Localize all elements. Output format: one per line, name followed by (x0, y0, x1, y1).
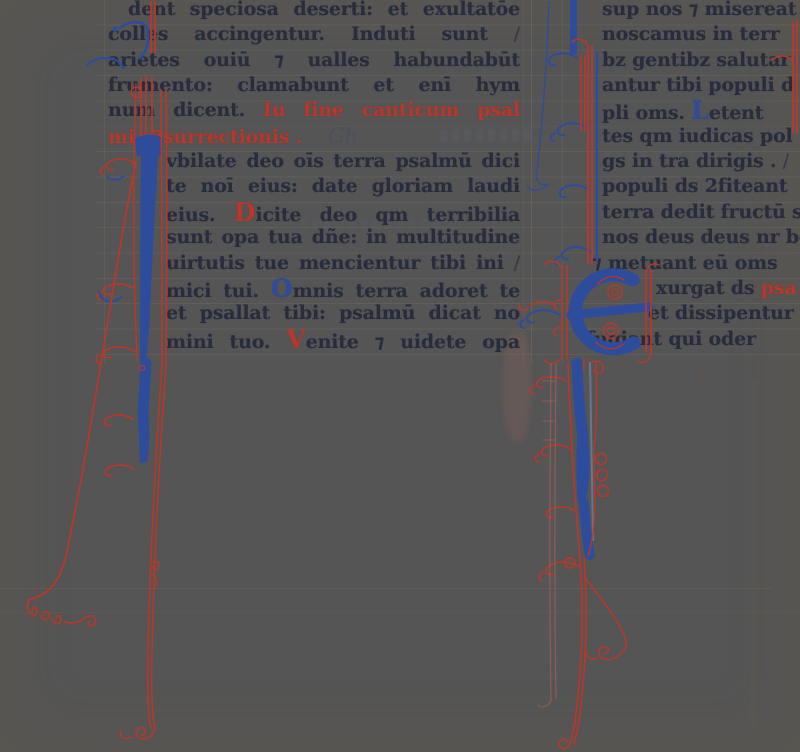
text-segment: uirtutis tue mencientur tibi ini (166, 252, 514, 274)
text-segment: pli oms. (602, 102, 691, 124)
text-segment: etent (709, 102, 764, 124)
manuscript-text-line: te noī eius: date gloriam laudi (108, 174, 520, 199)
text-segment: / (514, 23, 520, 45)
manuscript-text-line: colles accingentur. Induti sunt / (108, 22, 520, 47)
text-segment: / (783, 150, 789, 172)
manuscript-text-line: mi resurrectionis .Gh (108, 124, 520, 149)
ruling-gutter-1 (531, 0, 532, 364)
stray-ruling-line (0, 588, 772, 589)
manuscript-text-line: nos deus deus nr be (586, 225, 800, 250)
text-segment: dent speciosa deserti: et exultatōe (128, 0, 520, 20)
manuscript-leaf: dent speciosa deserti: et exultatōecolle… (0, 0, 800, 752)
text-segment: mici tui. (166, 280, 271, 302)
text-segment: et psallat tibi: psalmū dicat no (166, 302, 520, 324)
manuscript-text-line: tes qm iudicas pol (586, 124, 800, 149)
text-segment: colles accingentur. Induti sunt (108, 23, 514, 45)
parchment-speck (693, 669, 696, 672)
text-segment: arietes ouiū ⁊ ualles habundabūt (108, 49, 520, 71)
ruling-left-col-right-bound (523, 0, 524, 364)
manuscript-text-line: noscamus in terr (586, 22, 800, 47)
initial-V: V (286, 325, 305, 354)
text-column-right: sup nos ⁊ misereatnoscamus in terrbz gen… (586, 0, 800, 366)
text-segment: mnis terra adoret te (293, 280, 520, 302)
manuscript-text-line: sup nos ⁊ misereat (586, 0, 800, 22)
text-segment: gs in tra dirigis . (602, 150, 783, 172)
text-segment: antur tibi populi d (602, 74, 794, 96)
text-segment: icite deo qm terribilia (255, 204, 520, 226)
text-segment: xurgat ds (656, 277, 761, 299)
manuscript-text-line: populi ds 2fiteant (586, 174, 800, 199)
text-segment: bz gentibz salutar (602, 49, 790, 71)
initial-O: O (271, 274, 293, 303)
manuscript-text-line: frumento: clamabunt et enī hym (108, 73, 520, 98)
text-segment: Iu fine canticum psal (263, 99, 520, 121)
text-segment: terra dedit fructū s (602, 201, 800, 223)
manuscript-text-line: mici tui. Omnis terra adoret te (108, 276, 520, 301)
manuscript-text-line: pli oms. Letent (586, 98, 800, 123)
text-segment: populi ds 2fiteant (602, 175, 787, 197)
ruling-gutter-2 (562, 0, 563, 364)
text-segment: et dissipentur (648, 302, 794, 324)
manuscript-text-line: mini tuo. Venite ⁊ uidete opa (108, 327, 520, 352)
manuscript-text-line: terra dedit fructū s (586, 200, 800, 225)
text-segment: ⁊ metuant eū oms (592, 252, 777, 274)
initial-L: L (691, 96, 709, 125)
manuscript-text-line: xurgat ds psa (586, 276, 800, 301)
initial-D: D (234, 198, 256, 227)
manuscript-text-line: num dicent. Iu fine canticum psal (108, 98, 520, 123)
cue-mark: Gh (328, 124, 358, 148)
text-segment: eius. (166, 204, 234, 226)
text-segment: psa (761, 277, 797, 299)
text-segment: enite ⁊ uidete opa (306, 331, 520, 353)
text-segment: mi resurrectionis . (108, 126, 302, 148)
manuscript-text-line: fugiant qui oder (586, 327, 800, 352)
stray-ruling-line-2 (0, 612, 800, 613)
text-segment: noscamus in terr (602, 23, 780, 45)
manuscript-text-line: arietes ouiū ⁊ ualles habundabūt (108, 48, 520, 73)
ruling-left-bound (104, 0, 105, 364)
parchment-speck (699, 376, 703, 381)
parchment-crease (749, 380, 758, 730)
manuscript-text-line: bz gentibz salutar (586, 48, 800, 73)
manuscript-text-line: vbilate deo oīs terra psalmū dici (108, 149, 520, 174)
text-segment: te noī eius: date gloriam laudi (166, 175, 520, 197)
manuscript-text-line: ⁊ metuant eū oms (586, 251, 800, 276)
text-segment: num dicent. (108, 99, 263, 121)
text-segment: sup nos ⁊ misereat (602, 0, 796, 20)
text-segment: sunt opa tua dñe: in multitudine (166, 226, 520, 248)
manuscript-text-line: antur tibi populi d (586, 73, 800, 98)
manuscript-text-line: et dissipentur (586, 301, 800, 326)
manuscript-text-line: eius. Dicite deo qm terribilia (108, 200, 520, 225)
text-segment: tes qm iudicas pol (602, 125, 792, 147)
text-segment: vbilate deo oīs terra psalmū dici (166, 150, 520, 172)
right-descenders (530, 363, 626, 749)
manuscript-text-line: dent speciosa deserti: et exultatōe (108, 0, 520, 22)
text-segment: fugiant qui oder (586, 328, 756, 350)
text-segment: frumento: clamabunt et enī hym (108, 74, 520, 96)
manuscript-text-line: sunt opa tua dñe: in multitudine (108, 225, 520, 250)
manuscript-text-line: et psallat tibi: psalmū dicat no (108, 301, 520, 326)
text-segment: mini tuo. (166, 331, 286, 353)
text-segment: nos deus deus nr be (602, 226, 800, 248)
manuscript-text-line: uirtutis tue mencientur tibi ini / (108, 251, 520, 276)
text-segment: / (514, 252, 520, 274)
manuscript-text-line: gs in tra dirigis . / (586, 149, 800, 174)
text-column-left: dent speciosa deserti: et exultatōecolle… (108, 0, 520, 366)
